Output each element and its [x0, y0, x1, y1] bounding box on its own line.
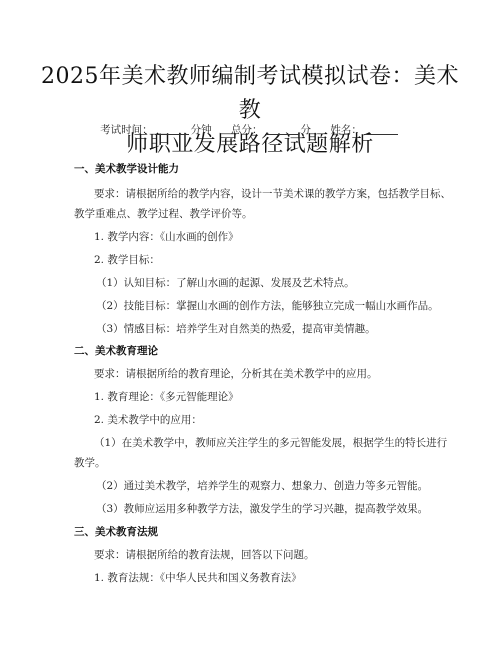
- score-unit: 分: [301, 124, 312, 136]
- exam-time: 考试时间：分钟: [100, 124, 212, 136]
- score-blank: [265, 134, 299, 135]
- section-3-requirement: 要求：请根据所给的教育法规，回答以下问题。: [94, 547, 315, 562]
- section-1-requirement-line-2: 教学重难点、教学过程、教学评价等。: [74, 206, 253, 221]
- section-1-item-2: 2. 教学目标：: [94, 252, 160, 267]
- time-blank: [155, 134, 189, 135]
- section-2-sub-3: （3）教师应运用多种教学方法，激发学生的学习兴趣，提高教学效果。: [96, 501, 428, 516]
- section-1-sub-3: （3）情感目标：培养学生对自然美的热爱，提高审美情趣。: [96, 321, 376, 336]
- section-2-sub-1-line-2: 教学。: [74, 455, 106, 470]
- section-1-item-1: 1. 教学内容：《山水画的创作》: [94, 229, 239, 244]
- score-label: 总分：: [231, 124, 263, 136]
- section-2-requirement: 要求：请根据所给的教育理论，分析其在美术教学中的应用。: [94, 366, 378, 381]
- document-page: 2025年美术教师编制考试模拟试卷：美术教 师职业发展路径试题解析 考试时间：分…: [0, 0, 500, 647]
- time-unit: 分钟: [191, 124, 212, 136]
- document-title: 2025年美术教师编制考试模拟试卷：美术教 师职业发展路径试题解析: [40, 60, 460, 162]
- section-3-heading: 三、美术教育法规: [74, 524, 158, 539]
- section-2-item-1: 1. 教育理论：《多元智能理论》: [94, 389, 239, 404]
- name-blank: [364, 134, 398, 135]
- section-2-item-2: 2. 美术教学中的应用：: [94, 412, 202, 427]
- section-3-item-1: 1. 教育法规：《中华人民共和国义务教育法》: [94, 570, 302, 585]
- section-1-requirement-line-1: 要求：请根据所给的教学内容，设计一节美术课的教学方案，包括教学目标、: [94, 186, 451, 201]
- exam-name: 姓名：: [330, 124, 400, 136]
- exam-score: 总分：分: [231, 124, 311, 136]
- title-line-1: 2025年美术教师编制考试模拟试卷：美术教: [40, 60, 460, 128]
- section-1-sub-2: （2）技能目标：掌握山水画的创作方法，能够独立完成一幅山水画作品。: [96, 298, 439, 313]
- section-1-heading: 一、美术教学设计能力: [74, 161, 179, 176]
- section-2-sub-1-line-1: （1）在美术教学中，教师应关注学生的多元智能发展，根据学生的特长进行: [94, 435, 447, 450]
- section-2-heading: 二、美术教育理论: [74, 343, 158, 358]
- section-1-sub-1: （1）认知目标：了解山水画的起源、发展及艺术特点。: [96, 275, 355, 290]
- section-2-sub-2: （2）通过美术教学，培养学生的观察力、想象力、创造力等多元智能。: [96, 478, 428, 493]
- time-label: 考试时间：: [100, 124, 153, 136]
- exam-meta: 考试时间：分钟 总分：分 姓名：: [0, 122, 500, 137]
- name-label: 姓名：: [330, 124, 362, 136]
